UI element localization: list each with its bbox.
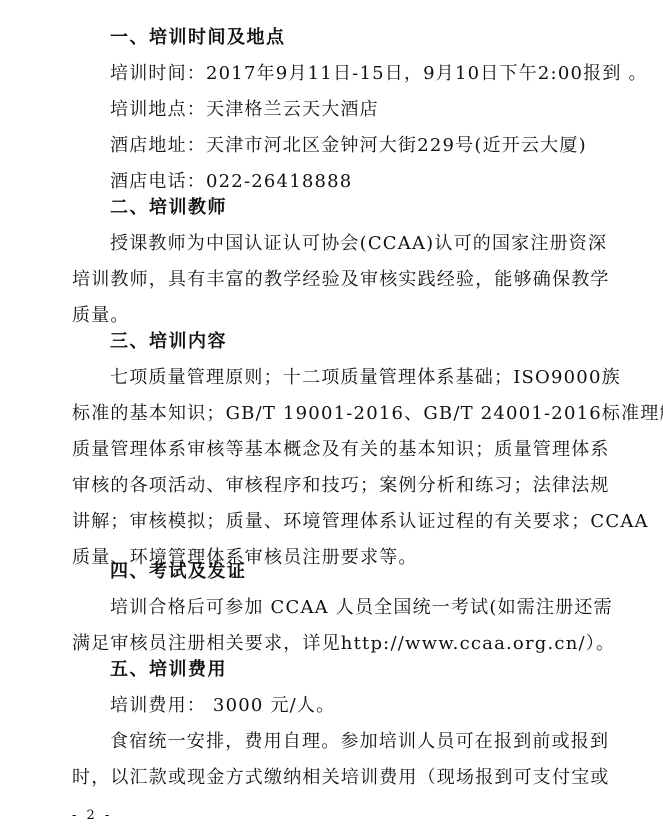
page-number: - 2 - [72,808,112,823]
section-heading-instructors: 二、培训教师 [110,196,227,220]
training-time: 培训时间：2017年9月11日-15日，9月10日下午2:00报到 。 [110,62,648,86]
paragraph-line: 质量。 [72,304,130,328]
training-location: 培训地点：天津格兰云天大酒店 [110,98,379,122]
paragraph-line: 七项质量管理原则；十二项质量管理体系基础；ISO9000族 [110,366,621,390]
section-heading-fees: 五、培训费用 [110,658,227,682]
paragraph-line: 审核的各项活动、审核程序和技巧；案例分析和练习；法律法规 [72,474,610,498]
hotel-phone: 酒店电话：022-26418888 [110,170,352,194]
paragraph-line: 培训教师，具有丰富的教学经验及审核实践经验，能够确保教学 [72,268,610,292]
paragraph-line: 标准的基本知识；GB/T 19001-2016、GB/T 24001-2016标… [72,402,663,426]
training-fee: 培训费用： 3000 元/人。 [110,694,335,718]
paragraph-line: 授课教师为中国认证认可协会(CCAA)认可的国家注册资深 [110,232,607,256]
paragraph-line: 满足审核员注册相关要求，详见http://www.ccaa.org.cn/）。 [72,632,615,656]
paragraph-line: 食宿统一安排，费用自理。参加培训人员可在报到前或报到 [110,730,609,754]
paragraph-line: 培训合格后可参加 CCAA 人员全国统一考试(如需注册还需 [110,596,613,620]
paragraph-line: 时，以汇款或现金方式缴纳相关培训费用（现场报到可支付宝或 [72,766,610,790]
section-heading-schedule-location: 一、培训时间及地点 [110,26,286,50]
paragraph-line: 讲解；审核模拟；质量、环境管理体系认证过程的有关要求；CCAA [72,510,649,534]
paragraph-line: 质量管理体系审核等基本概念及有关的基本知识；质量管理体系 [72,438,610,462]
section-heading-exam: 四、考试及发证 [110,560,247,584]
section-heading-content: 三、培训内容 [110,330,227,354]
hotel-address: 酒店地址：天津市河北区金钟河大街229号(近开云大厦) [110,134,587,158]
